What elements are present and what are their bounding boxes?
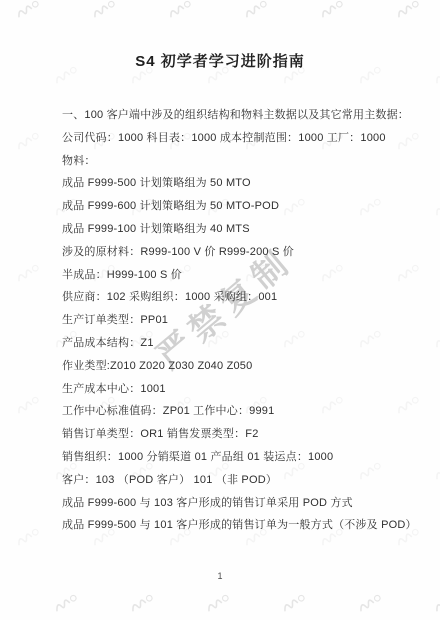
doc-line: 成品 F999-500 与 101 客户形成的销售订单为一般方式（不涉及 POD… (62, 514, 382, 537)
doc-line: 一、100 客户端中涉及的组织结构和物料主数据以及其它常用主数据： (62, 104, 382, 127)
watermark-stamp (204, 592, 234, 617)
document-title: S4 初学者学习进阶指南 (0, 0, 440, 71)
doc-line: 半成品：H999-100 S 价 (62, 264, 382, 287)
document-page: 严禁复制 S4 初学者学习进阶指南 一、100 客户端中涉及的组织结构和物料主数… (0, 0, 440, 620)
doc-line: 物料： (62, 150, 382, 173)
doc-line: 公司代码：1000 科目表：1000 成本控制范围：1000 工厂：1000 (62, 127, 382, 150)
watermark-stamp (128, 592, 158, 617)
doc-line: 产品成本结构：Z1 (62, 332, 382, 355)
doc-line: 涉及的原材料：R999-100 V 价 R999-200 S 价 (62, 241, 382, 264)
doc-line: 作业类型:Z010 Z020 Z030 Z040 Z050 (62, 355, 382, 378)
doc-line: 成品 F999-500 计划策略组为 50 MTO (62, 172, 382, 195)
document-content: S4 初学者学习进阶指南 一、100 客户端中涉及的组织结构和物料主数据以及其它… (0, 0, 440, 537)
doc-line: 销售订单类型：OR1 销售发票类型：F2 (62, 423, 382, 446)
watermark-stamp (52, 592, 82, 617)
watermark-stamp (280, 592, 310, 617)
doc-line: 客户：103 （POD 客户） 101 （非 POD） (62, 469, 382, 492)
watermark-stamp (432, 592, 440, 617)
document-body: 一、100 客户端中涉及的组织结构和物料主数据以及其它常用主数据： 公司代码：1… (62, 104, 382, 537)
watermark-stamp (356, 592, 386, 617)
doc-line: 生产订单类型：PP01 (62, 309, 382, 332)
doc-line: 成品 F999-100 计划策略组为 40 MTS (62, 218, 382, 241)
doc-line: 成品 F999-600 与 103 客户形成的销售订单采用 POD 方式 (62, 492, 382, 515)
doc-line: 生产成本中心：1001 (62, 378, 382, 401)
doc-line: 工作中心标准值码：ZP01 工作中心：9991 (62, 400, 382, 423)
page-number: 1 (0, 571, 440, 581)
doc-line: 成品 F999-600 计划策略组为 50 MTO-POD (62, 195, 382, 218)
doc-line: 供应商：102 采购组织：1000 采购组：001 (62, 286, 382, 309)
doc-line: 销售组织：1000 分销渠道 01 产品组 01 装运点：1000 (62, 446, 382, 469)
